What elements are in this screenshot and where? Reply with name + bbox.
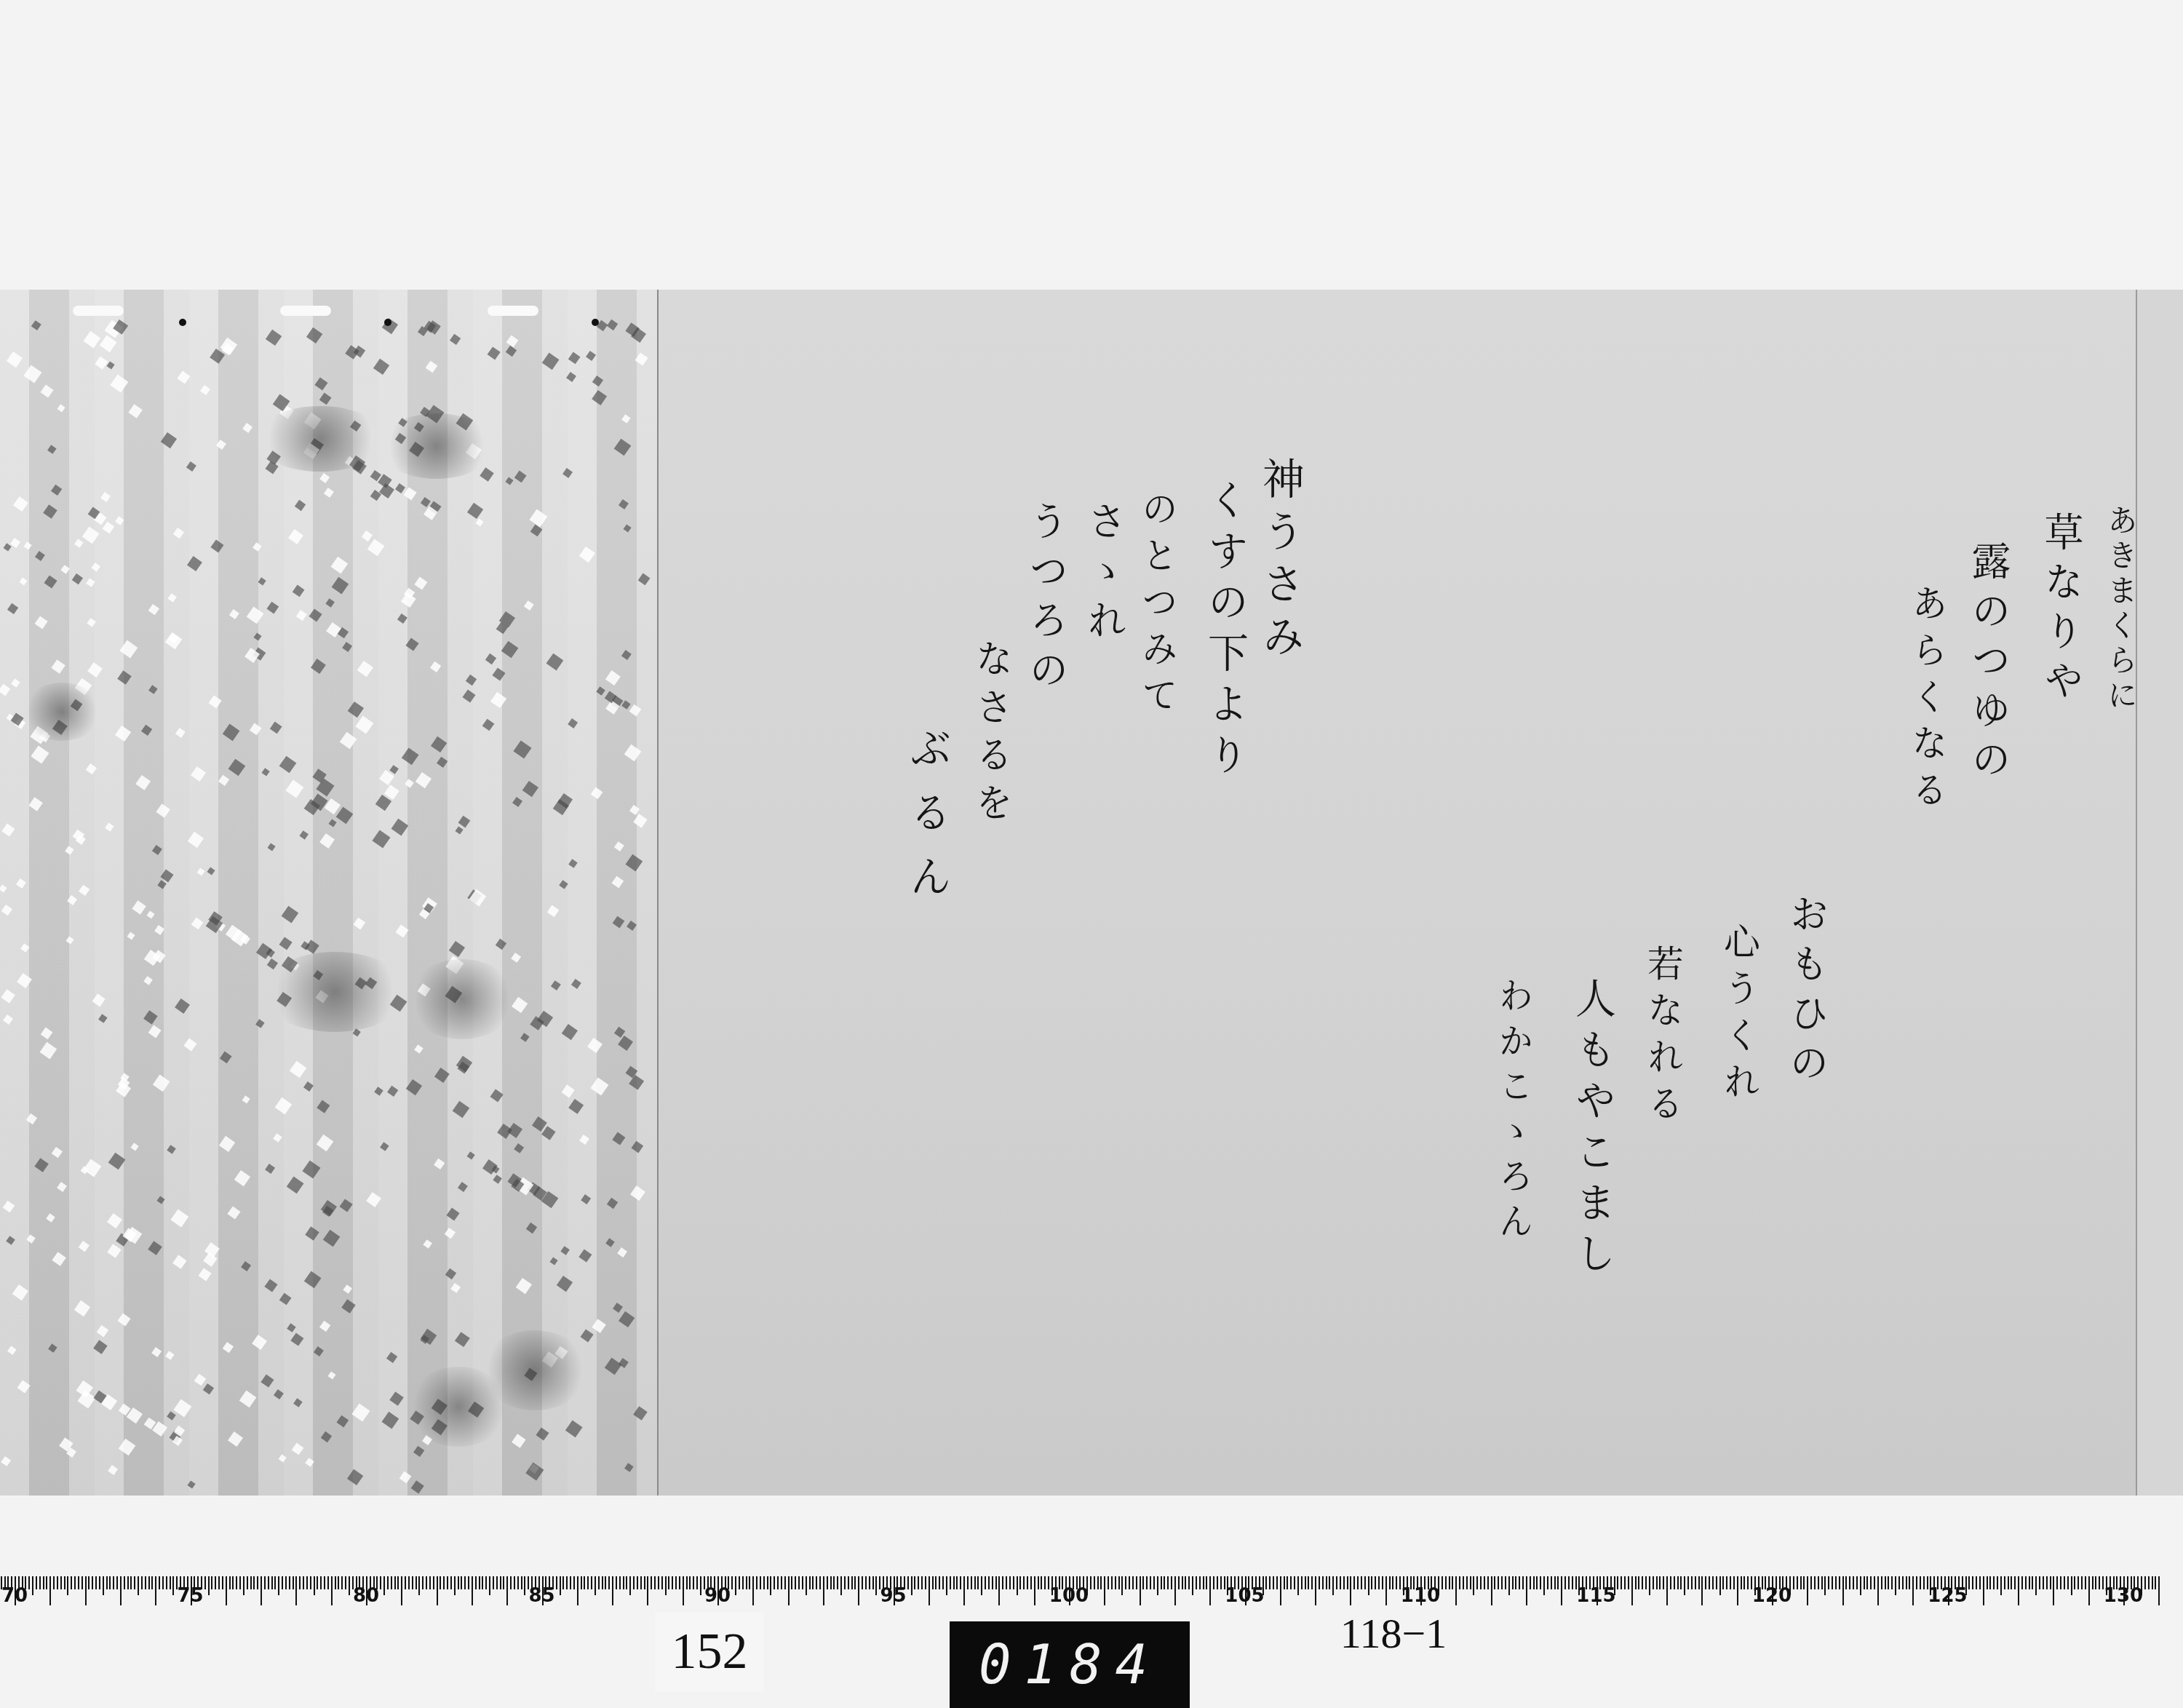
ruler-tick [1554,1576,1556,1589]
leaf-fleck [65,846,73,854]
ruler-tick [461,1576,462,1589]
ruler-tick [517,1576,519,1589]
leaf-fleck [7,351,23,368]
ruler-tick [391,1576,392,1589]
ruler-tick [1332,1576,1334,1595]
ruler-tick [166,1576,167,1589]
leaf-fleck [466,1151,475,1160]
calligraphy-column: 草なりや [2041,512,2080,710]
ruler-tick [320,1576,322,1589]
leaf-fleck [156,804,170,819]
ruler-tick [349,1576,350,1595]
leaf-fleck [87,618,96,627]
ruler-tick [401,1576,402,1605]
ruler-tick [1501,1576,1503,1589]
ruler-tick [749,1576,750,1589]
ruler-tick [612,1576,613,1605]
ruler-tick [1895,1576,1896,1595]
ruler-tick [496,1576,498,1589]
leaf-fleck [367,539,384,557]
leaf-fleck [405,637,418,651]
leaf-fleck [621,650,631,659]
ruler-tick [1793,1576,1794,1589]
ruler-tick [1188,1576,1190,1589]
ruler-tick [1459,1576,1460,1589]
ruler-tick [939,1576,940,1589]
leaf-fleck [386,1352,398,1364]
ruler-tick [595,1576,596,1595]
ruler-tick [215,1576,216,1589]
leaf-fleck [453,1101,469,1118]
ruler-tick [503,1576,504,1589]
leaf-fleck [299,830,309,840]
ruler-tick [608,1576,610,1589]
leaf-fleck [95,356,108,368]
leaf-fleck [14,496,29,512]
ruler-tick [1476,1576,1478,1589]
leaf-fleck [83,331,100,348]
ruler-tick [693,1576,694,1589]
leaf-fleck [168,593,178,603]
leaf-fleck [607,319,619,331]
ruler-tick [493,1576,494,1589]
ruler-tick [306,1576,308,1589]
leaf-fleck [91,563,100,572]
leaf-fleck [592,390,607,405]
ruler-tick [148,1576,150,1589]
calligraphy-column: おもひの [1786,894,1826,1092]
ruler-tick [1340,1576,1341,1589]
leaf-fleck [2,824,15,837]
leaf-fleck [335,807,353,825]
ruler-tick [1269,1576,1271,1589]
leaf-fleck [462,689,475,702]
ruler-tick [812,1576,814,1589]
ruler-tick [155,1576,156,1605]
leaf-fleck [16,878,26,889]
leaf-fleck [191,766,206,782]
ruler-tick [1631,1576,1633,1605]
ruler-tick [647,1576,648,1605]
ruler-tick [658,1576,659,1589]
ruler-tick [1635,1576,1637,1589]
leaf-fleck [505,346,516,357]
leaf-fleck [93,1340,107,1354]
ruler-tick [222,1576,223,1589]
leaf-fleck [490,692,507,709]
ruler-tick [1315,1576,1316,1605]
leaf-fleck [148,604,159,615]
ruler-tick [1818,1576,1819,1589]
ruler-tick [39,1576,41,1589]
ruler-cm-label: 105 [1225,1585,1264,1607]
ruler-tick [1536,1576,1538,1589]
leaf-fleck [31,746,49,764]
ruler-tick [1866,1576,1868,1589]
ruler-tick [1319,1576,1320,1589]
leaf-fleck [274,1389,284,1399]
ruler-tick [1115,1576,1116,1589]
leaf-fleck [512,797,522,807]
ruler-tick [654,1576,656,1589]
leaf-fleck [115,726,132,742]
leaf-fleck [536,1428,549,1441]
calligraphy-column: くすの下より [1204,479,1245,785]
ruler-tick [232,1576,234,1589]
ruler-tick [1519,1576,1520,1589]
ruler-tick [1568,1576,1570,1589]
calligraphy-column: 神うさみ [1259,457,1301,667]
ruler-tick [977,1576,979,1589]
ruler-tick [974,1576,976,1589]
leaf-fleck [279,1293,292,1306]
leaf-fleck [607,1198,619,1209]
ruler-tick [672,1576,673,1589]
leaf-fleck [135,775,151,790]
ruler-tick [1326,1576,1327,1589]
ruler-tick [1666,1576,1668,1605]
ruler-tick [1968,1576,1970,1589]
leaf-fleck [92,993,106,1007]
ruler-tick [746,1576,747,1589]
leaf-fleck [317,1100,329,1113]
leaf-fleck [41,385,54,398]
ruler-tick [1108,1576,1109,1589]
leaf-fleck [493,667,506,680]
leaf-fleck [207,867,215,875]
ruler-tick [911,1576,912,1595]
ruler-tick [1375,1576,1376,1589]
leaf-fleck [514,1143,525,1154]
ruler-tick [450,1576,452,1589]
ruler-tick [475,1576,477,1589]
leaf-fleck [381,1412,398,1429]
ruler-tick [1121,1576,1123,1595]
ruler-tick [1712,1576,1714,1589]
ruler-tick [1371,1576,1372,1589]
leaf-fleck [287,1324,295,1332]
ruler-tick [57,1576,58,1589]
ruler-tick [1885,1576,1886,1589]
ruler-tick [1213,1576,1214,1589]
leaf-fleck [309,608,322,621]
calligraphy-column: 若なれる [1645,945,1681,1131]
leaf-fleck [183,1038,196,1052]
ruler-tick [560,1576,561,1595]
leaf-fleck [541,1126,555,1140]
ruler-tick [675,1576,677,1589]
ruler-tick [1621,1576,1622,1589]
leaf-fleck [161,869,174,882]
ruler-tick [447,1576,448,1589]
leaf-fleck [34,616,48,629]
leaf-fleck [48,1343,57,1352]
leaf-fleck [405,1079,421,1095]
ruler-tick [1125,1576,1126,1589]
ruler-tick [816,1576,817,1589]
leaf-fleck [86,578,95,587]
ruler-tick [791,1576,792,1589]
leaf-fleck [501,641,518,659]
ruler-tick [1832,1576,1833,1589]
ruler-tick [1898,1576,1900,1589]
leaf-fleck [209,695,222,708]
ruler-tick [633,1576,635,1589]
page-number-label: 152 [655,1612,764,1692]
leaf-fleck [67,895,77,905]
ruler-tick [854,1576,856,1589]
ruler-tick [64,1576,65,1589]
ruler-tick [1561,1576,1562,1605]
ruler-tick [289,1576,290,1589]
ruler-tick [1557,1576,1559,1589]
ruler-tick [1677,1576,1679,1589]
leaf-fleck [314,378,327,391]
ruler-tick [802,1576,803,1589]
ruler-tick [679,1576,680,1589]
leaf-fleck [561,1084,575,1098]
leaf-fleck [524,601,533,611]
ruler-tick [1860,1576,1861,1595]
ruler-tick [67,1576,68,1595]
ruler-tick [285,1576,287,1589]
ruler-tick [840,1576,842,1595]
ruler-tick [489,1576,490,1595]
leaf-fleck [287,1177,304,1194]
leaf-fleck [148,1241,162,1255]
leaf-fleck [98,1014,107,1022]
leaf-fleck [317,1135,334,1152]
ruler-tick [510,1576,512,1589]
leaf-fleck [256,1020,265,1028]
ruler-tick [1881,1576,1882,1589]
leaf-fleck [254,633,262,641]
ruler-tick [1726,1576,1727,1589]
ruler-tick [2021,1576,2023,1589]
calligraphy-column: あきまくらに [2105,504,2136,714]
calligraphy-column: 心うくれ [1721,923,1757,1109]
leaf-fleck [52,1147,63,1158]
ruler-tick [253,1576,255,1589]
leaf-fleck [57,1182,67,1192]
leaf-fleck [1,989,16,1004]
leaf-fleck [629,805,640,815]
ruler-tick [946,1576,947,1595]
ruler-tick [865,1576,867,1589]
leaf-fleck [228,1431,243,1447]
ruler-tick [875,1576,877,1595]
ruler-tick [1870,1576,1872,1589]
leaf-fleck [480,467,494,482]
leaf-fleck [568,351,580,364]
leaf-fleck [26,1234,36,1244]
mounting-tab [488,306,538,316]
leaf-fleck [128,404,143,418]
ruler-tick [823,1576,824,1605]
leaf-fleck [612,1132,625,1145]
leaf-fleck [366,1192,381,1207]
mounting-tab [280,306,331,316]
ruler-tick [1853,1576,1854,1589]
ruler-tick [1171,1576,1172,1589]
ruler-tick [1530,1576,1531,1589]
ruler-tick [1111,1576,1113,1589]
ruler-tick [2099,1576,2100,1589]
leaf-fleck [52,660,66,675]
leaf-fleck [167,1411,175,1420]
ruler-tick [1803,1576,1805,1589]
ruler-tick [36,1576,37,1589]
ruler-tick [1353,1576,1355,1589]
ruler-tick [2004,1576,2005,1589]
leaf-fleck [47,1213,56,1223]
ruler-tick [218,1576,220,1589]
ruler-tick [387,1576,389,1589]
ruler-tick [130,1576,132,1589]
ruler-tick [120,1576,122,1605]
leaf-fleck [629,704,641,716]
leaf-fleck [160,432,176,448]
ruler-tick [830,1576,832,1589]
ruler-tick [71,1576,72,1589]
ruler-tick [570,1576,571,1589]
leaf-fleck [549,1257,557,1265]
ruler-tick [1097,1576,1099,1589]
ruler-tick [1533,1576,1535,1589]
ruler-tick [665,1576,667,1595]
leaf-fleck [401,748,418,766]
ruler-tick [1017,1576,1018,1595]
stain [22,683,102,741]
leaf-fleck [346,1469,363,1486]
ruler-tick [1515,1576,1516,1589]
ruler-tick [2060,1576,2061,1589]
leaf-fleck [389,765,399,774]
ruler-tick [49,1576,51,1605]
ruler-tick [1019,1576,1021,1589]
leaf-fleck [118,1438,135,1455]
leaf-fleck [107,1244,121,1258]
leaf-fleck [507,1123,522,1138]
leaf-fleck [304,1081,314,1092]
ruler-tick [1273,1576,1274,1589]
ruler-tick [967,1576,969,1589]
ruler-tick [956,1576,958,1589]
ruler-tick [2077,1576,2079,1589]
ruler-tick [988,1576,990,1589]
leaf-fleck [141,725,153,736]
leaf-fleck [239,1391,257,1408]
ruler-tick [1505,1576,1506,1589]
ruler-tick [229,1576,231,1589]
ruler-tick [1146,1576,1148,1589]
ruler-tick [809,1576,811,1589]
ruler-tick [1452,1576,1453,1589]
leaf-fleck [83,1159,101,1177]
leaf-fleck [637,573,650,586]
ruler-tick [1343,1576,1345,1589]
ruler-tick [851,1576,853,1589]
leaf-fleck [75,539,84,547]
leaf-fleck [24,542,33,551]
leaf-fleck [632,1141,643,1153]
ruler-tick [1161,1576,1162,1589]
leaf-fleck [579,1135,589,1145]
manuscript-scroll: あきまくらに 草なりや 露のつゆの あらくなる おもひの 心うくれ 若なれる 人… [0,290,2183,1496]
ruler-tick [46,1576,47,1589]
leaf-fleck [559,880,568,889]
ruler-tick [862,1576,863,1589]
ruler-tick [1814,1576,1816,1589]
leaf-fleck [352,1403,370,1421]
leaf-fleck [28,797,43,811]
ruler-tick [1265,1576,1267,1589]
ruler-tick [437,1576,438,1605]
leaf-fleck [496,939,506,950]
calligraphy-column: あらくなる [1909,584,1945,817]
ruler-tick [1543,1576,1545,1595]
ruler-tick [2158,1576,2160,1605]
ruler-tick [1174,1576,1176,1605]
ruler-tick [331,1576,333,1605]
stain [255,406,386,472]
ruler-tick [1797,1576,1798,1589]
leaf-fleck [435,1068,450,1082]
ruler-tick [162,1576,164,1589]
leaf-fleck [529,509,547,527]
leaf-fleck [624,744,642,761]
binding-hole [384,319,391,326]
ruler-tick [412,1576,413,1589]
leaf-fleck [143,1010,157,1024]
ruler-tick [2148,1576,2150,1589]
leaf-fleck [79,1241,90,1252]
leaf-fleck [290,1061,307,1079]
ruler-tick [1743,1576,1745,1589]
leaf-fleck [6,1236,15,1245]
ruler-tick [963,1576,965,1605]
ruler-tick [454,1576,456,1595]
leaf-fleck [51,485,63,496]
leaf-fleck [241,1261,251,1271]
leaf-fleck [397,613,407,624]
ruler-tick [1842,1576,1844,1605]
ruler-tick [1104,1576,1105,1605]
leaf-fleck [285,780,303,798]
ruler-tick [1276,1576,1278,1589]
ruler-tick [770,1576,771,1595]
ruler-tick [116,1576,118,1589]
ruler-cm-label: 80 [353,1585,379,1607]
ruler-tick [584,1576,585,1589]
ruler-tick [99,1576,100,1589]
leaf-fleck [353,918,365,929]
ruler-tick [998,1576,1000,1605]
leaf-fleck [446,1207,459,1220]
ruler-tick [1185,1576,1186,1589]
ruler-tick [562,1576,564,1589]
ruler-tick [1979,1576,1981,1589]
leaf-fleck [293,1398,302,1407]
ruler-tick [1473,1576,1474,1595]
ruler-tick [1368,1576,1369,1595]
ruler-tick [2144,1576,2146,1589]
ruler-tick [1993,1576,1995,1589]
ruler-tick [837,1576,838,1589]
ruler-tick [282,1576,283,1589]
ruler-tick [2071,1576,2072,1595]
ruler-tick [1810,1576,1812,1589]
